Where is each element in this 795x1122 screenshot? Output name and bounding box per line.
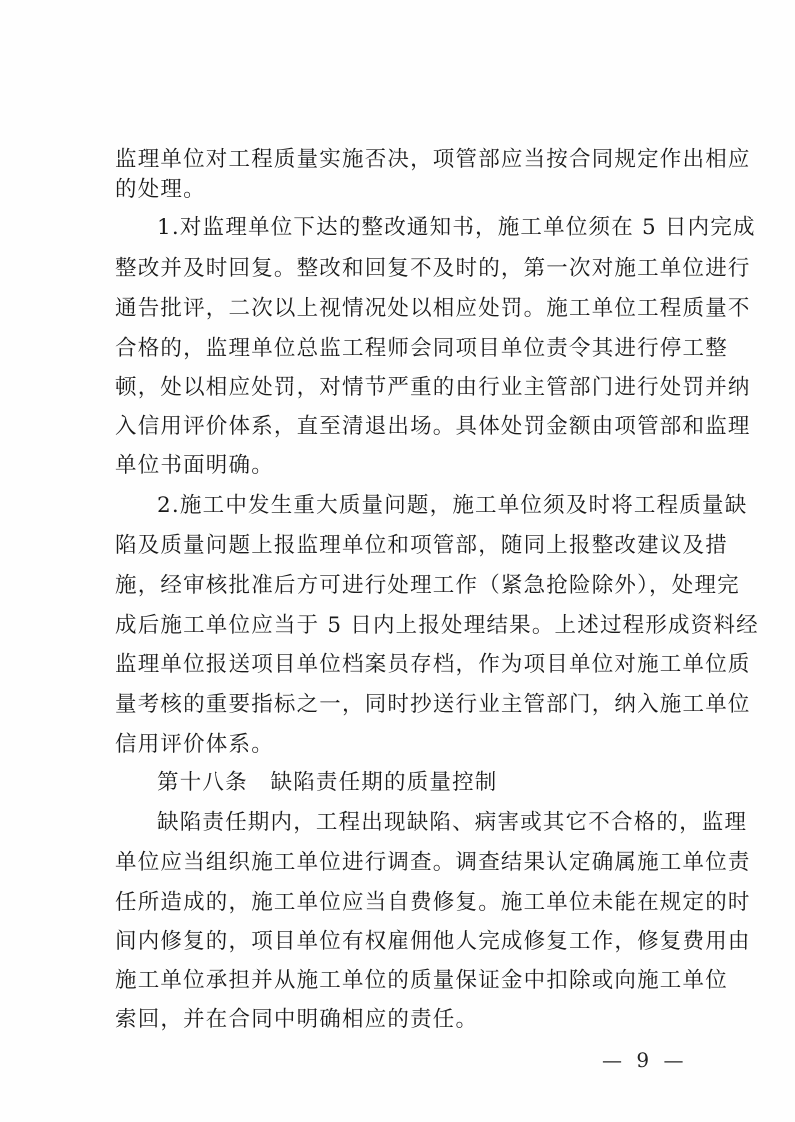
text-line: 单位书面明确。 (115, 451, 683, 481)
text-line: 通告批评，二次以上视情况处以相应处罚。施工单位工程质量不 (115, 294, 683, 324)
text-line: 成后施工单位应当于 5 日内上报处理结果。上述过程形成资料经 (115, 611, 683, 641)
text-line: 入信用评价体系，直至清退出场。具体处罚金额由项管部和监理 (115, 412, 683, 442)
text-line: 单位应当组织施工单位进行调查。调查结果认定确属施工单位责 (115, 848, 683, 878)
text-line: 监理单位对工程质量实施否决，项管部应当按合同规定作出相应 (115, 145, 683, 175)
text-line: 施，经审核批准后方可进行处理工作（紧急抢险除外），处理完 (115, 571, 683, 601)
text-line: 的处理。 (115, 175, 683, 205)
document-page: 监理单位对工程质量实施否决，项管部应当按合同规定作出相应的处理。1.对监理单位下… (0, 0, 795, 1122)
text-line: 任所造成的，施工单位应当自费修复。施工单位未能在规定的时 (115, 888, 683, 918)
text-line: 间内修复的，项目单位有权雇佣他人完成修复工作，修复费用由 (115, 927, 683, 957)
text-line: 索回，并在合同中明确相应的责任。 (115, 1005, 683, 1035)
text-line: 整改并及时回复。整改和回复不及时的，第一次对施工单位进行 (115, 254, 683, 284)
text-line: 施工单位承担并从施工单位的质量保证金中扣除或向施工单位 (115, 966, 683, 996)
text-line: 信用评价体系。 (115, 730, 683, 760)
text-line: 1.对监理单位下达的整改通知书，施工单位须在 5 日内完成 (157, 213, 683, 243)
text-line: 合格的，监理单位总监工程师会同项目单位责令其进行停工整 (115, 334, 683, 364)
text-line: 量考核的重要指标之一，同时抄送行业主管部门，纳入施工单位 (115, 690, 683, 720)
article-heading: 第十八条 缺陷责任期的质量控制 (157, 768, 683, 798)
text-line: 监理单位报送项目单位档案员存档，作为项目单位对施工单位质 (115, 650, 683, 680)
text-line: 陷及质量问题上报监理单位和项管部，随同上报整改建议及措 (115, 531, 683, 561)
text-line: 2.施工中发生重大质量问题，施工单位须及时将工程质量缺 (157, 491, 683, 521)
text-line: 缺陷责任期内，工程出现缺陷、病害或其它不合格的，监理 (157, 808, 683, 838)
page-number: — 9 — (602, 1048, 687, 1072)
text-line: 顿，处以相应处罚，对情节严重的由行业主管部门进行处罚并纳 (115, 373, 683, 403)
